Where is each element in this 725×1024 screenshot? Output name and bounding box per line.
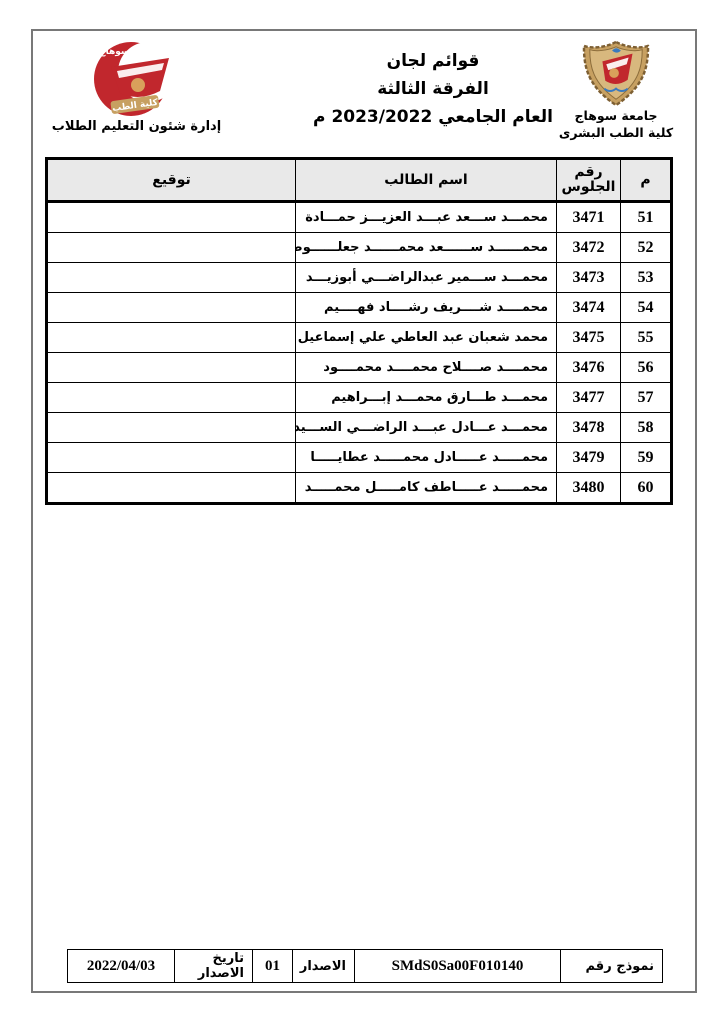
row-signature-cell bbox=[47, 443, 296, 473]
title-line-academic-year: العام الجامعي 2023/2022 م bbox=[311, 103, 555, 131]
row-seat-number: 3475 bbox=[557, 323, 621, 353]
column-header-student-name: اسم الطالب bbox=[296, 159, 557, 202]
document-page: جامعة سوهاج كلية الطب إدارة شئون التعليم… bbox=[31, 29, 697, 993]
student-education-affairs-caption: إدارة شئون التعليم الطلاب bbox=[39, 119, 234, 134]
row-seat-number: 3471 bbox=[557, 202, 621, 233]
column-header-signature: توقيع bbox=[47, 159, 296, 202]
issue-date-value: 2022/04/03 bbox=[68, 950, 175, 983]
scanned-document-page: { "header": { "left_logo": { "arc_text":… bbox=[0, 0, 725, 1024]
row-serial: 60 bbox=[621, 473, 672, 504]
row-student-name: محمـــد طـــارق محمـــد إبـــراهيم bbox=[296, 383, 557, 413]
document-title: قوائم لجان الفرقة الثالثة العام الجامعي … bbox=[311, 47, 555, 131]
row-student-name: محمـــد ســـمير عبدالراضـــي أبوزيـــد bbox=[296, 263, 557, 293]
row-student-name: محمـــــد عـــــاطف كامـــــل محمـــــد bbox=[296, 473, 557, 504]
row-seat-number: 3472 bbox=[557, 233, 621, 263]
row-signature-cell bbox=[47, 293, 296, 323]
row-serial: 53 bbox=[621, 263, 672, 293]
row-serial: 52 bbox=[621, 233, 672, 263]
issue-date-label: تاريخ الاصدار bbox=[175, 950, 253, 983]
table-row: 51 3471 محمـــد ســـعد عبـــد العزيـــز … bbox=[47, 202, 672, 233]
row-serial: 54 bbox=[621, 293, 672, 323]
row-student-name: محمــــد شــــريف رشــــاد فهــــيم bbox=[296, 293, 557, 323]
row-serial: 57 bbox=[621, 383, 672, 413]
row-student-name: محمـــد ســـعد عبـــد العزيـــز حمـــادة bbox=[296, 202, 557, 233]
row-serial: 51 bbox=[621, 202, 672, 233]
row-seat-number: 3476 bbox=[557, 353, 621, 383]
row-signature-cell bbox=[47, 233, 296, 263]
issue-label: الاصدار bbox=[293, 950, 355, 983]
footer-row: نموذج رقم SMdS0Sa00F010140 الاصدار 01 تا… bbox=[68, 950, 663, 983]
table-row: 59 3479 محمـــــد عـــــادل محمـــــد عط… bbox=[47, 443, 672, 473]
form-number-value: SMdS0Sa00F010140 bbox=[355, 950, 561, 983]
row-signature-cell bbox=[47, 353, 296, 383]
row-signature-cell bbox=[47, 473, 296, 504]
row-serial: 56 bbox=[621, 353, 672, 383]
row-signature-cell bbox=[47, 413, 296, 443]
university-name-caption: جامعة سوهاج كلية الطب البشرى bbox=[551, 107, 681, 141]
university-shield-logo-icon bbox=[575, 40, 657, 108]
row-signature-cell bbox=[47, 383, 296, 413]
faculty-crescent-logo-icon: جامعة سوهاج كلية الطب bbox=[73, 41, 207, 119]
row-student-name: محمد شعبان عبد العاطي علي إسماعيل bbox=[296, 323, 557, 353]
column-header-serial: م bbox=[621, 159, 672, 202]
table-row: 58 3478 محمـــد عـــادل عبـــد الراضـــي… bbox=[47, 413, 672, 443]
form-number-label: نموذج رقم bbox=[561, 950, 663, 983]
row-signature-cell bbox=[47, 202, 296, 233]
row-seat-number: 3473 bbox=[557, 263, 621, 293]
table-row: 52 3472 محمــــــد ســــــعد محمــــــد … bbox=[47, 233, 672, 263]
row-student-name: محمـــد عـــادل عبـــد الراضـــي الســـي… bbox=[296, 413, 557, 443]
university-name-line: جامعة سوهاج bbox=[551, 107, 681, 124]
title-line-grade: الفرقة الثالثة bbox=[311, 75, 555, 103]
row-seat-number: 3477 bbox=[557, 383, 621, 413]
row-serial: 55 bbox=[621, 323, 672, 353]
row-student-name: محمــــد صــــلاح محمــــد محمــــود bbox=[296, 353, 557, 383]
table-row: 53 3473 محمـــد ســـمير عبدالراضـــي أبو… bbox=[47, 263, 672, 293]
row-seat-number: 3478 bbox=[557, 413, 621, 443]
table-row: 54 3474 محمــــد شــــريف رشــــاد فهـــ… bbox=[47, 293, 672, 323]
form-info-footer-table: نموذج رقم SMdS0Sa00F010140 الاصدار 01 تا… bbox=[67, 949, 663, 983]
row-seat-number: 3474 bbox=[557, 293, 621, 323]
table-header-row: م رقم الجلوس اسم الطالب توقيع bbox=[47, 159, 672, 202]
column-header-seat-number: رقم الجلوس bbox=[557, 159, 621, 202]
row-signature-cell bbox=[47, 263, 296, 293]
crescent-arc-text: جامعة سوهاج bbox=[99, 47, 159, 57]
table-row: 57 3477 محمـــد طـــارق محمـــد إبـــراه… bbox=[47, 383, 672, 413]
row-seat-number: 3479 bbox=[557, 443, 621, 473]
title-line-committees: قوائم لجان bbox=[311, 47, 555, 75]
table-row: 56 3476 محمــــد صــــلاح محمــــد محمــ… bbox=[47, 353, 672, 383]
row-student-name: محمــــــد ســــــعد محمــــــد جعلـــــ… bbox=[296, 233, 557, 263]
row-serial: 59 bbox=[621, 443, 672, 473]
row-student-name: محمـــــد عـــــادل محمـــــد عطايـــــا bbox=[296, 443, 557, 473]
table-row: 55 3475 محمد شعبان عبد العاطي علي إسماعي… bbox=[47, 323, 672, 353]
committee-roster-table: م رقم الجلوس اسم الطالب توقيع 51 3471 مح… bbox=[45, 157, 673, 505]
faculty-name-line: كلية الطب البشرى bbox=[551, 124, 681, 141]
row-seat-number: 3480 bbox=[557, 473, 621, 504]
row-serial: 58 bbox=[621, 413, 672, 443]
row-signature-cell bbox=[47, 323, 296, 353]
issue-value: 01 bbox=[253, 950, 293, 983]
table-row: 60 3480 محمـــــد عـــــاطف كامـــــل مح… bbox=[47, 473, 672, 504]
